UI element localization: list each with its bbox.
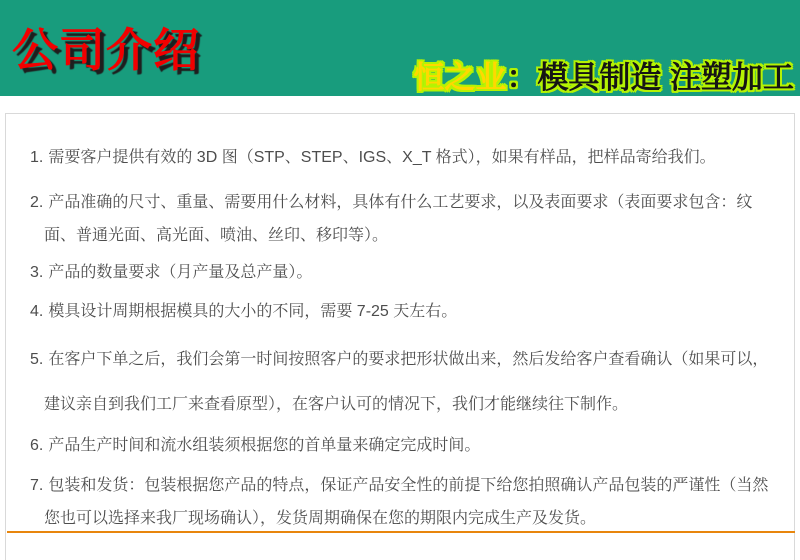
list-item: 4.模具设计周期根据模具的大小的不同，需要 7-25 天左右。 bbox=[6, 295, 782, 328]
company-name: 恒之业 bbox=[413, 60, 506, 95]
list-item: 2.产品准确的尺寸、重量、需要用什么材料，具体有什么工艺要求，以及表面要求（表面… bbox=[6, 186, 782, 252]
list-item: 6.产品生产时间和流水组装须根据您的首单量来确定完成时间。 bbox=[6, 429, 782, 462]
item-text: 产品的数量要求（月产量及总产量）。 bbox=[48, 264, 312, 281]
list-item: 1.需要客户提供有效的 3D 图（STP、STEP、IGS、X_T 格式），如果… bbox=[6, 141, 782, 174]
item-text: 产品准确的尺寸、重量、需要用什么材料，具体有什么工艺要求，以及表面要求（表面要求… bbox=[44, 194, 752, 244]
list-item: 7.包装和发货：包装根据您产品的特点，保证产品安全性的前提下给您拍照确认产品包装… bbox=[6, 469, 782, 535]
list-item: 3.产品的数量要求（月产量及总产量）。 bbox=[6, 256, 782, 289]
company-intro-panel: 1.需要客户提供有效的 3D 图（STP、STEP、IGS、X_T 格式），如果… bbox=[5, 113, 795, 560]
company-slogan: 恒之业：模具制造 注塑加工 bbox=[413, 52, 794, 97]
item-text: 需要客户提供有效的 3D 图（STP、STEP、IGS、X_T 格式），如果有样… bbox=[48, 149, 715, 166]
page-title: 公司介绍 bbox=[12, 14, 200, 80]
item-number: 6. bbox=[30, 437, 43, 454]
item-text: 模具设计周期根据模具的大小的不同，需要 7-25 天左右。 bbox=[48, 303, 457, 320]
item-number: 2. bbox=[30, 194, 43, 211]
item-number: 5. bbox=[30, 351, 43, 368]
item-text: 产品生产时间和流水组装须根据您的首单量来确定完成时间。 bbox=[48, 437, 480, 454]
list-item: 5.在客户下单之后，我们会第一时间按照客户的要求把形状做出来，然后发给客户查看确… bbox=[6, 337, 782, 427]
item-number: 7. bbox=[30, 477, 43, 494]
item-text: 在客户下单之后，我们会第一时间按照客户的要求把形状做出来，然后发给客户查看确认（… bbox=[44, 351, 768, 413]
item-number: 1. bbox=[30, 149, 43, 166]
company-services: ：模具制造 注塑加工 bbox=[506, 60, 794, 95]
item-number: 4. bbox=[30, 303, 43, 320]
item-text: 包装和发货：包装根据您产品的特点，保证产品安全性的前提下给您拍照确认产品包装的严… bbox=[44, 477, 768, 527]
header-band: 公司介绍 恒之业：模具制造 注塑加工 bbox=[0, 0, 800, 96]
item-number: 3. bbox=[30, 264, 43, 281]
